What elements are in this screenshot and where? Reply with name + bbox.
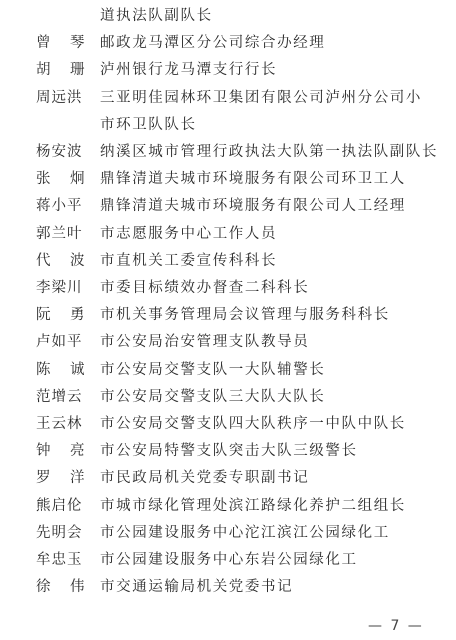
list-item: 王云林市公安局交警支队四大队秩序一中队中队长 <box>0 414 456 441</box>
person-name: 张炯 <box>36 169 88 189</box>
list-item: 范增云市公安局交警支队三大队大队长 <box>0 387 456 414</box>
list-item: 胡珊泸州银行龙马潭支行行长 <box>0 60 456 87</box>
person-name: 王云林 <box>36 414 88 434</box>
person-name: 郭兰叶 <box>36 224 88 244</box>
person-name: 周远洪 <box>36 88 88 108</box>
person-name: 徐伟 <box>36 577 88 597</box>
person-name: 蒋小平 <box>36 196 88 216</box>
list-item: 郭兰叶市志愿服务中心工作人员 <box>0 224 456 251</box>
list-item: 周远洪三亚明佳园林环卫集团有限公司泸州分公司小 <box>0 88 456 115</box>
list-item: 曾琴邮政龙马潭区分公司综合办经理 <box>0 33 456 60</box>
person-name: 牟忠玉 <box>36 550 88 570</box>
person-name: 钟亮 <box>36 441 88 461</box>
position-title: 市志愿服务中心工作人员 <box>100 224 277 244</box>
list-item: 牟忠玉市公园建设服务中心东岩公园绿化工 <box>0 550 456 577</box>
position-title: 鼎锋清道夫城市环境服务有限公司人工经理 <box>100 196 406 216</box>
position-title: 市城市绿化管理处滨江路绿化养护二组组长 <box>100 496 406 516</box>
position-title: 市公园建设服务中心东岩公园绿化工 <box>100 550 358 570</box>
position-title: 市环卫队队长 <box>100 115 197 135</box>
position-title: 市公安局交警支队四大队秩序一中队中队长 <box>100 414 406 434</box>
person-name: 罗洋 <box>36 468 88 488</box>
person-name: 杨安波 <box>36 142 88 162</box>
position-title: 市直机关工委宣传科科长 <box>100 251 277 271</box>
document-page: 道执法队副队长曾琴邮政龙马潭区分公司综合办经理胡珊泸州银行龙马潭支行行长周远洪三… <box>0 0 456 640</box>
list-item: 代波市直机关工委宣传科科长 <box>0 251 456 278</box>
position-title: 市公安局交警支队三大队大队长 <box>100 387 325 407</box>
person-name: 胡珊 <box>36 60 88 80</box>
list-item: 阮勇市机关事务管理局会议管理与服务科科长 <box>0 305 456 332</box>
person-name: 先明会 <box>36 523 88 543</box>
list-item: 市环卫队队长 <box>0 115 456 142</box>
position-title: 三亚明佳园林环卫集团有限公司泸州分公司小 <box>100 88 422 108</box>
list-item: 陈诚市公安局交警支队一大队辅警长 <box>0 360 456 387</box>
list-item: 道执法队副队长 <box>0 6 456 33</box>
person-name: 熊启伦 <box>36 496 88 516</box>
list-item: 张炯鼎锋清道夫城市环境服务有限公司环卫工人 <box>0 169 456 196</box>
person-name: 李梁川 <box>36 278 88 298</box>
person-name: 卢如平 <box>36 332 88 352</box>
person-name: 曾琴 <box>36 33 88 53</box>
list-item: 钟亮市公安局特警支队突击大队三级警长 <box>0 441 456 468</box>
position-title: 市机关事务管理局会议管理与服务科科长 <box>100 305 390 325</box>
list-item: 熊启伦市城市绿化管理处滨江路绿化养护二组组长 <box>0 496 456 523</box>
position-title: 市民政局机关党委专职副书记 <box>100 468 309 488</box>
position-title: 道执法队副队长 <box>100 6 213 26</box>
position-title: 市公安局交警支队一大队辅警长 <box>100 360 325 380</box>
list-item: 杨安波纳溪区城市管理行政执法大队第一执法队副队长 <box>0 142 456 169</box>
position-title: 市公园建设服务中心沱江滨江公园绿化工 <box>100 523 390 543</box>
position-title: 纳溪区城市管理行政执法大队第一执法队副队长 <box>100 142 438 162</box>
position-title: 市公安局治安管理支队教导员 <box>100 332 309 352</box>
person-name: 陈诚 <box>36 360 88 380</box>
position-title: 邮政龙马潭区分公司综合办经理 <box>100 33 325 53</box>
position-title: 泸州银行龙马潭支行行长 <box>100 60 277 80</box>
list-item: 先明会市公园建设服务中心沱江滨江公园绿化工 <box>0 523 456 550</box>
person-name: 代波 <box>36 251 88 271</box>
person-name: 范增云 <box>36 387 88 407</box>
position-title: 市委目标绩效办督查二科科长 <box>100 278 309 298</box>
list-item: 罗洋市民政局机关党委专职副书记 <box>0 468 456 495</box>
list-item: 蒋小平鼎锋清道夫城市环境服务有限公司人工经理 <box>0 196 456 223</box>
list-item: 李梁川市委目标绩效办督查二科科长 <box>0 278 456 305</box>
person-name: 阮勇 <box>36 305 88 325</box>
position-title: 鼎锋清道夫城市环境服务有限公司环卫工人 <box>100 169 406 189</box>
list-item: 徐伟市交通运输局机关党委书记 <box>0 577 456 604</box>
position-title: 市公安局特警支队突击大队三级警长 <box>100 441 358 461</box>
list-item: 卢如平市公安局治安管理支队教导员 <box>0 332 456 359</box>
position-title: 市交通运输局机关党委书记 <box>100 577 293 597</box>
page-number: — 7 — <box>368 618 424 634</box>
